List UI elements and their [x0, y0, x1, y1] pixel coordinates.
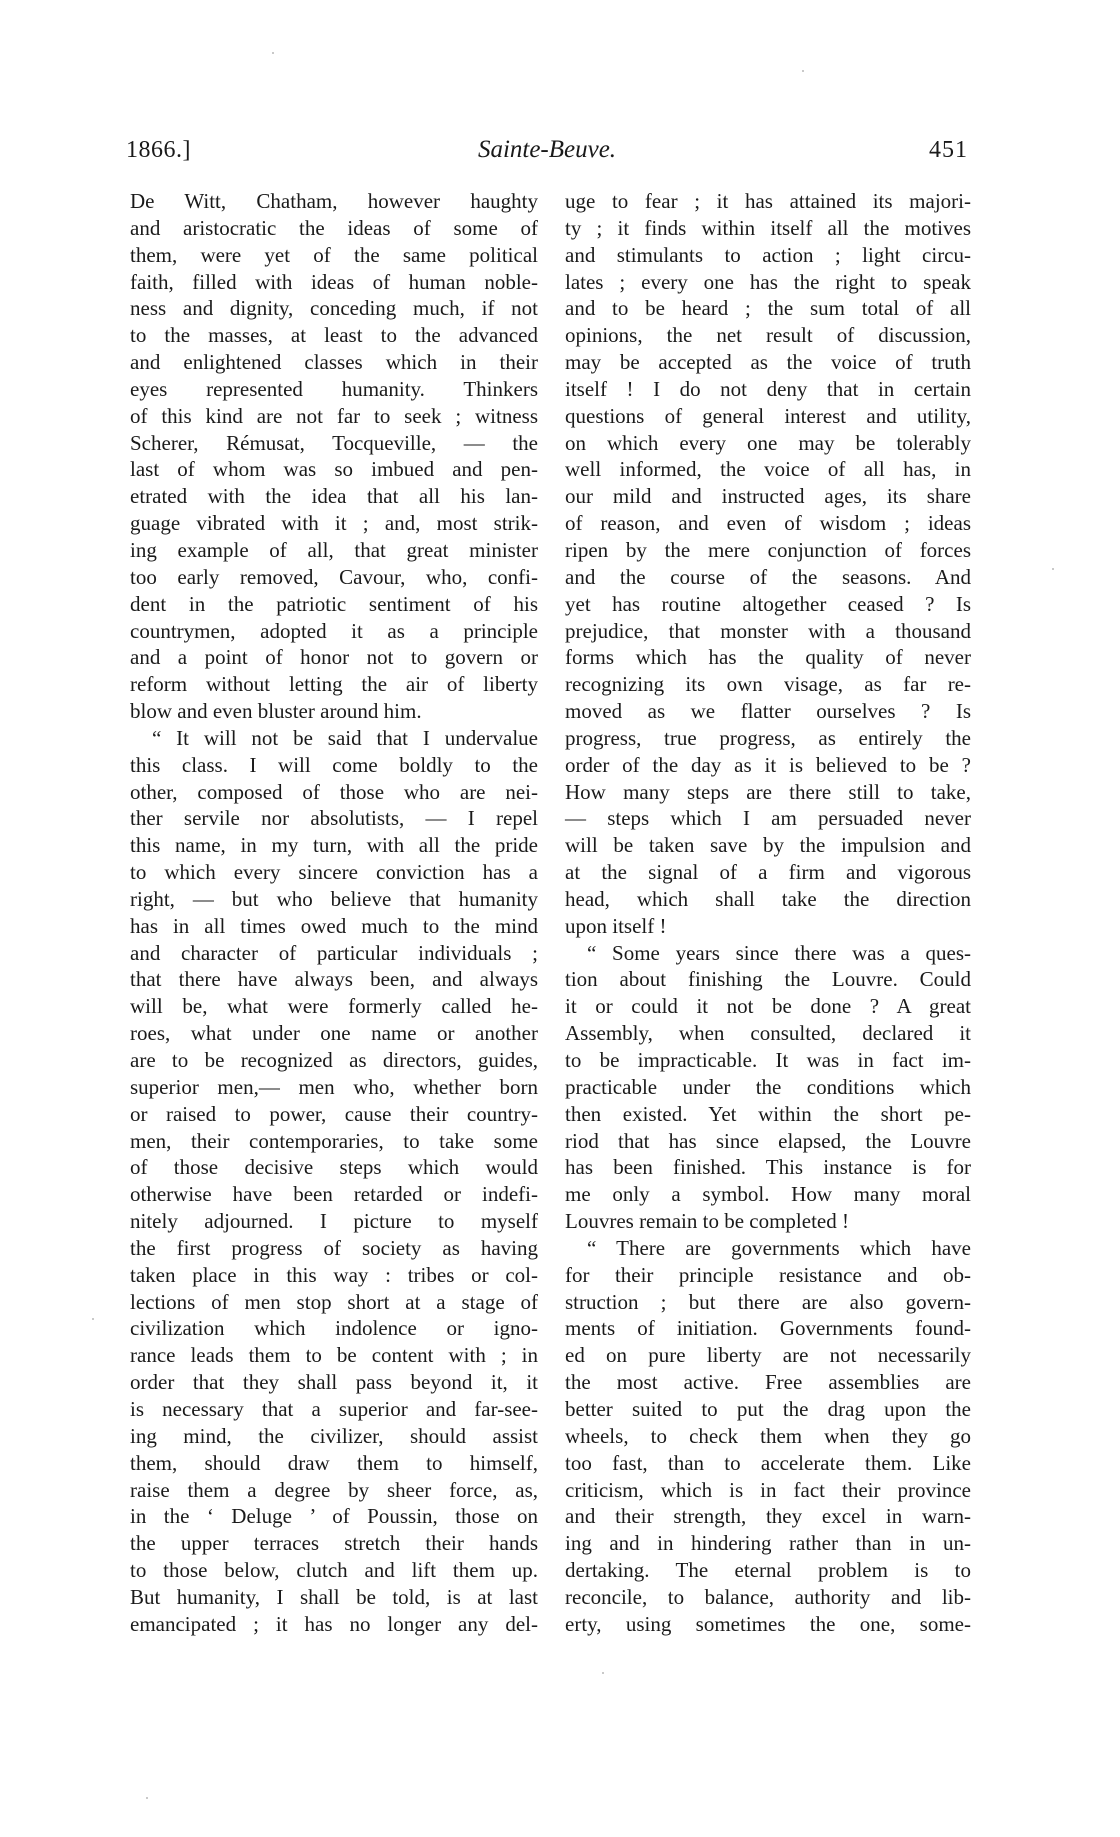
text-line: them, were yet of the same political — [130, 242, 538, 269]
text-line: our mild and instructed ages, its share — [565, 483, 971, 510]
text-line: practicable under the conditions which — [565, 1074, 971, 1101]
text-line: other, composed of those who are nei- — [130, 779, 538, 806]
text-line: and character of particular individuals … — [130, 940, 538, 967]
paragraph-start-line: “ Some years since there was a ques- — [565, 940, 971, 967]
right-column: uge to fear ; it has attained its majori… — [565, 188, 971, 1638]
text-line: this class. I will come boldly to the — [130, 752, 538, 779]
text-line: wheels, to check them when they go — [565, 1423, 971, 1450]
scan-speck — [272, 52, 274, 54]
text-line: order that they shall pass beyond it, it — [130, 1369, 538, 1396]
text-line: and the course of the seasons. And — [565, 564, 971, 591]
text-line: otherwise have been retarded or indefi- — [130, 1181, 538, 1208]
paragraph-end-line: Louvres remain to be completed ! — [565, 1208, 971, 1235]
scan-speck — [92, 1318, 94, 1320]
paragraph-start-line: “ There are governments which have — [565, 1235, 971, 1262]
text-line: emancipated ; it has no longer any del- — [130, 1611, 538, 1638]
text-line: ing example of all, that great minister — [130, 537, 538, 564]
text-line: me only a symbol. How many moral — [565, 1181, 971, 1208]
text-line: roes, what under one name or another — [130, 1020, 538, 1047]
text-line: well informed, the voice of all has, in — [565, 456, 971, 483]
text-line: right, — but who believe that humanity — [130, 886, 538, 913]
text-line: and enlightened classes which in their — [130, 349, 538, 376]
text-line: in the ‘ Deluge ’ of Poussin, those on — [130, 1503, 538, 1530]
text-line: men, their contemporaries, to take some — [130, 1128, 538, 1155]
text-line: this name, in my turn, with all the prid… — [130, 832, 538, 859]
text-line: dent in the patriotic sentiment of his — [130, 591, 538, 618]
text-line: to the masses, at least to the advanced — [130, 322, 538, 349]
text-line: and aristocratic the ideas of some of — [130, 215, 538, 242]
text-line: faith, filled with ideas of human noble- — [130, 269, 538, 296]
text-line: — steps which I am persuaded never — [565, 805, 971, 832]
text-line: etrated with the idea that all his lan- — [130, 483, 538, 510]
text-line: then existed. Yet within the short pe- — [565, 1101, 971, 1128]
text-line: struction ; but there are also govern- — [565, 1289, 971, 1316]
text-line: the upper terraces stretch their hands — [130, 1530, 538, 1557]
text-line: head, which shall take the direction — [565, 886, 971, 913]
text-line: But humanity, I shall be told, is at las… — [130, 1584, 538, 1611]
text-line: erty, using sometimes the one, some- — [565, 1611, 971, 1638]
text-line: are to be recognized as directors, guide… — [130, 1047, 538, 1074]
text-line: reform without letting the air of libert… — [130, 671, 538, 698]
text-line: criticism, which is in fact their provin… — [565, 1477, 971, 1504]
text-line: How many steps are there still to take, — [565, 779, 971, 806]
text-line: has in all times owed much to the mind — [130, 913, 538, 940]
text-line: questions of general interest and utilit… — [565, 403, 971, 430]
scan-speck — [602, 1672, 604, 1674]
text-line: ness and dignity, conceding much, if not — [130, 295, 538, 322]
text-line: ments of initiation. Governments found- — [565, 1315, 971, 1342]
text-line: lections of men stop short at a stage of — [130, 1289, 538, 1316]
text-line: taken place in this way : tribes or col- — [130, 1262, 538, 1289]
text-line: or raised to power, cause their country- — [130, 1101, 538, 1128]
text-line: ing and in hindering rather than in un- — [565, 1530, 971, 1557]
text-line: dertaking. The eternal problem is to — [565, 1557, 971, 1584]
text-line: progress, true progress, as entirely the — [565, 725, 971, 752]
running-head: 1866.] Sainte-Beuve. 451 — [126, 132, 968, 168]
text-line: and to be heard ; the sum total of all — [565, 295, 971, 322]
text-line: lates ; every one has the right to speak — [565, 269, 971, 296]
text-line: rance leads them to be content with ; in — [130, 1342, 538, 1369]
text-line: to be impracticable. It was in fact im- — [565, 1047, 971, 1074]
text-line: and their strength, they excel in warn- — [565, 1503, 971, 1530]
text-line: moved as we flatter ourselves ? Is — [565, 698, 971, 725]
text-line: of those decisive steps which would — [130, 1154, 538, 1181]
text-line: is necessary that a superior and far-see… — [130, 1396, 538, 1423]
text-line: will be, what were formerly called he- — [130, 993, 538, 1020]
text-line: to which every sincere conviction has a — [130, 859, 538, 886]
text-line: order of the day as it is believed to be… — [565, 752, 971, 779]
text-line: them, should draw them to himself, — [130, 1450, 538, 1477]
text-line: and a point of honor not to govern or — [130, 644, 538, 671]
text-line: of this kind are not far to seek ; witne… — [130, 403, 538, 430]
text-line: superior men,— men who, whether born — [130, 1074, 538, 1101]
text-line: too early removed, Cavour, who, confi- — [130, 564, 538, 591]
text-line: the first progress of society as having — [130, 1235, 538, 1262]
text-line: it or could it not be done ? A great — [565, 993, 971, 1020]
text-line: tion about finishing the Louvre. Could — [565, 966, 971, 993]
text-line: reconcile, to balance, authority and lib… — [565, 1584, 971, 1611]
paragraph-start-line: “ It will not be said that I undervalue — [130, 725, 538, 752]
text-line: may be accepted as the voice of truth — [565, 349, 971, 376]
text-line: to those below, clutch and lift them up. — [130, 1557, 538, 1584]
text-line: opinions, the net result of discussion, — [565, 322, 971, 349]
text-line: ther servile nor absolutists, — I repel — [130, 805, 538, 832]
scan-speck — [146, 1797, 148, 1799]
text-line: last of whom was so imbued and pen- — [130, 456, 538, 483]
text-line: yet has routine altogether ceased ? Is — [565, 591, 971, 618]
text-line: Assembly, when consulted, declared it — [565, 1020, 971, 1047]
text-line: Scherer, Rémusat, Tocqueville, — the — [130, 430, 538, 457]
text-line: ed on pure liberty are not necessarily — [565, 1342, 971, 1369]
text-line: ing mind, the civilizer, should assist — [130, 1423, 538, 1450]
text-line: itself ! I do not deny that in certain — [565, 376, 971, 403]
text-line: nitely adjourned. I picture to myself — [130, 1208, 538, 1235]
text-line: De Witt, Chatham, however haughty — [130, 188, 538, 215]
text-line: ty ; it finds within itself all the moti… — [565, 215, 971, 242]
text-line: ripen by the mere conjunction of forces — [565, 537, 971, 564]
text-line: has been finished. This instance is for — [565, 1154, 971, 1181]
text-line: at the signal of a firm and vigorous — [565, 859, 971, 886]
page-number: 451 — [929, 132, 968, 168]
text-line: too fast, than to accelerate them. Like — [565, 1450, 971, 1477]
text-line: countrymen, adopted it as a principle — [130, 618, 538, 645]
text-line: better suited to put the drag upon the — [565, 1396, 971, 1423]
text-line: raise them a degree by sheer force, as, — [130, 1477, 538, 1504]
text-line: civilization which indolence or igno- — [130, 1315, 538, 1342]
book-page: 1866.] Sainte-Beuve. 451 De Witt, Chatha… — [0, 0, 1120, 1837]
text-line: forms which has the quality of never — [565, 644, 971, 671]
text-line: will be taken save by the impulsion and — [565, 832, 971, 859]
text-line: prejudice, that monster with a thousand — [565, 618, 971, 645]
text-line: for their principle resistance and ob- — [565, 1262, 971, 1289]
paragraph-end-line: upon itself ! — [565, 913, 971, 940]
scan-speck — [1052, 568, 1054, 570]
scan-speck — [802, 70, 804, 72]
text-line: and stimulants to action ; light circu- — [565, 242, 971, 269]
text-line: the most active. Free assemblies are — [565, 1369, 971, 1396]
text-line: on which every one may be tolerably — [565, 430, 971, 457]
text-line: recognizing its own visage, as far re- — [565, 671, 971, 698]
left-column: De Witt, Chatham, however haughty and ar… — [130, 188, 538, 1638]
running-head-title: Sainte-Beuve. — [126, 132, 968, 168]
text-line: uge to fear ; it has attained its majori… — [565, 188, 971, 215]
text-line: of reason, and even of wisdom ; ideas — [565, 510, 971, 537]
text-line: that there have always been, and always — [130, 966, 538, 993]
paragraph-end-line: blow and even bluster around him. — [130, 698, 538, 725]
text-line: guage vibrated with it ; and, most strik… — [130, 510, 538, 537]
text-line: eyes represented humanity. Thinkers — [130, 376, 538, 403]
text-line: riod that has since elapsed, the Louvre — [565, 1128, 971, 1155]
